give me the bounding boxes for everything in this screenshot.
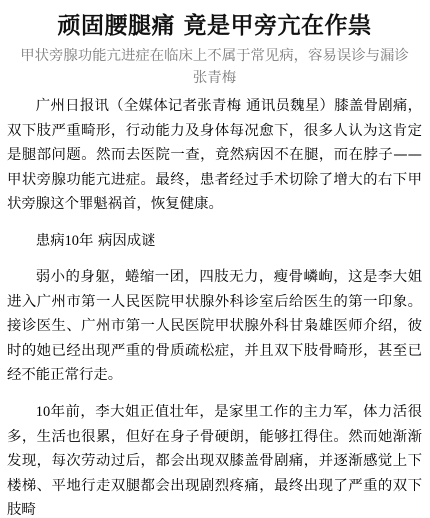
article-subtitle: 甲状旁腺功能亢进症在临床上不属于常见病，容易误诊与漏诊 张青梅 (3, 45, 426, 89)
subheading-post: 年 病因成谜 (79, 233, 156, 249)
article: 顽固腰腿痛 竟是甲旁亢在作祟 甲状旁腺功能亢进症在临床上不属于常见病，容易误诊与… (0, 0, 430, 518)
paragraph-history: 10年前，李大姐正值壮年，是家里工作的主力军，体力活很多，生活也很累，但好在身子… (7, 400, 422, 518)
years-number: 10 (36, 404, 50, 420)
paragraph-intro: 广州日报讯（全媒体记者张青梅 通讯员魏星）膝盖骨剧痛，双下肢严重畸形，行动能力及… (7, 94, 422, 217)
paragraph-history-text: 前，李大姐正值壮年，是家里工作的主力军，体力活很多，生活也很累，但好在身子骨硬朗… (7, 404, 422, 518)
subheading-number: 10 (65, 233, 79, 249)
author-name: 张青梅 (3, 67, 426, 89)
subheading-pre: 患病 (36, 233, 65, 249)
years-unit: 年 (50, 404, 65, 420)
article-title: 顽固腰腿痛 竟是甲旁亢在作祟 (7, 0, 422, 41)
paragraph-first-impression: 弱小的身躯，蜷缩一团，四肢无力，瘦骨嶙峋，这是李大姐进入广州市第一人民医院甲状腺… (7, 265, 422, 388)
subtitle-text: 甲状旁腺功能亢进症在临床上不属于常见病，容易误诊与漏诊 (3, 45, 426, 67)
section-subheading: 患病10年 病因成谜 (7, 229, 422, 253)
